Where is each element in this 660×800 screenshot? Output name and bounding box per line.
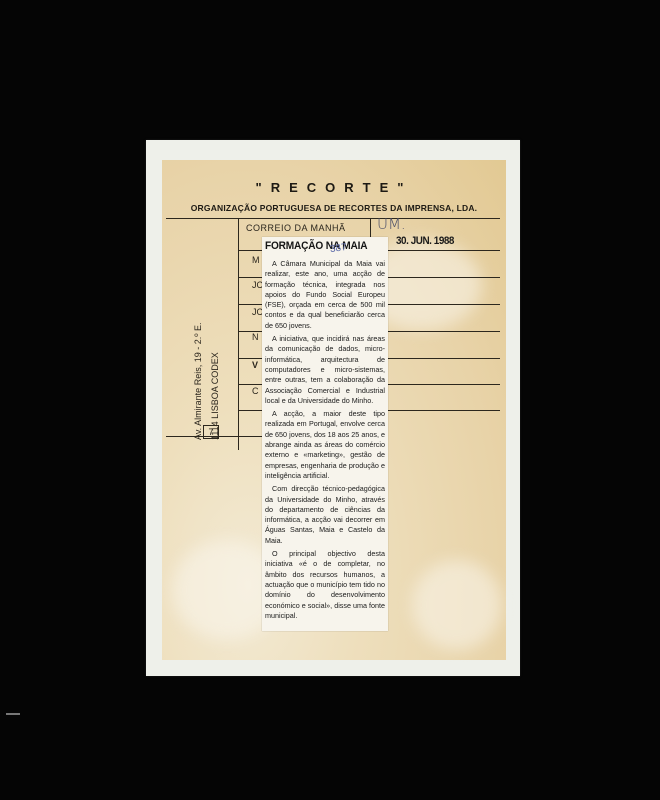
clipping-paragraph: Com direcção técnico-pedagógica da Unive… xyxy=(265,484,385,546)
publication-name: CORREIO DA MANHÃ xyxy=(246,223,346,233)
address-city: 1114 LISBOA CODEX xyxy=(207,322,224,440)
initials-stamp: UM. xyxy=(377,215,406,233)
paper-stain xyxy=(412,560,502,650)
handwritten-mark: 387 xyxy=(329,242,347,255)
date-stamp: 30. JUN. 1988 xyxy=(396,235,454,247)
row-label: N xyxy=(252,332,259,342)
newspaper-clipping: FORMAÇÃO NA MAIA A Câmara Municipal da M… xyxy=(262,237,388,631)
number-box: 7 xyxy=(203,425,219,439)
row-label: M xyxy=(252,255,260,265)
clipping-headline: FORMAÇÃO NA MAIA xyxy=(265,240,367,252)
agency-title: "RECORTE" xyxy=(162,180,506,195)
row-label: C xyxy=(252,386,259,396)
clipping-body: A Câmara Municipal da Maia vai realizar,… xyxy=(265,259,385,624)
column-divider xyxy=(238,218,239,450)
agency-subtitle: ORGANIZAÇÃO PORTUGUESA DE RECORTES DA IM… xyxy=(162,203,506,213)
clipping-paragraph: O principal objectivo desta iniciativa «… xyxy=(265,549,385,621)
header-rule xyxy=(166,218,500,219)
agency-address: Av. Almirante Reis, 19 - 2.º E. 1114 LIS… xyxy=(190,322,224,440)
clipping-paragraph: A acção, a maior deste tipo realizada em… xyxy=(265,409,385,481)
scan-mark xyxy=(6,713,20,715)
row-label: V xyxy=(252,360,258,370)
address-street: Av. Almirante Reis, 19 - 2.º E. xyxy=(190,322,207,440)
clipping-paragraph: A Câmara Municipal da Maia vai realizar,… xyxy=(265,259,385,331)
clipping-paragraph: A iniciativa, que incidirá nas áreas da … xyxy=(265,334,385,406)
